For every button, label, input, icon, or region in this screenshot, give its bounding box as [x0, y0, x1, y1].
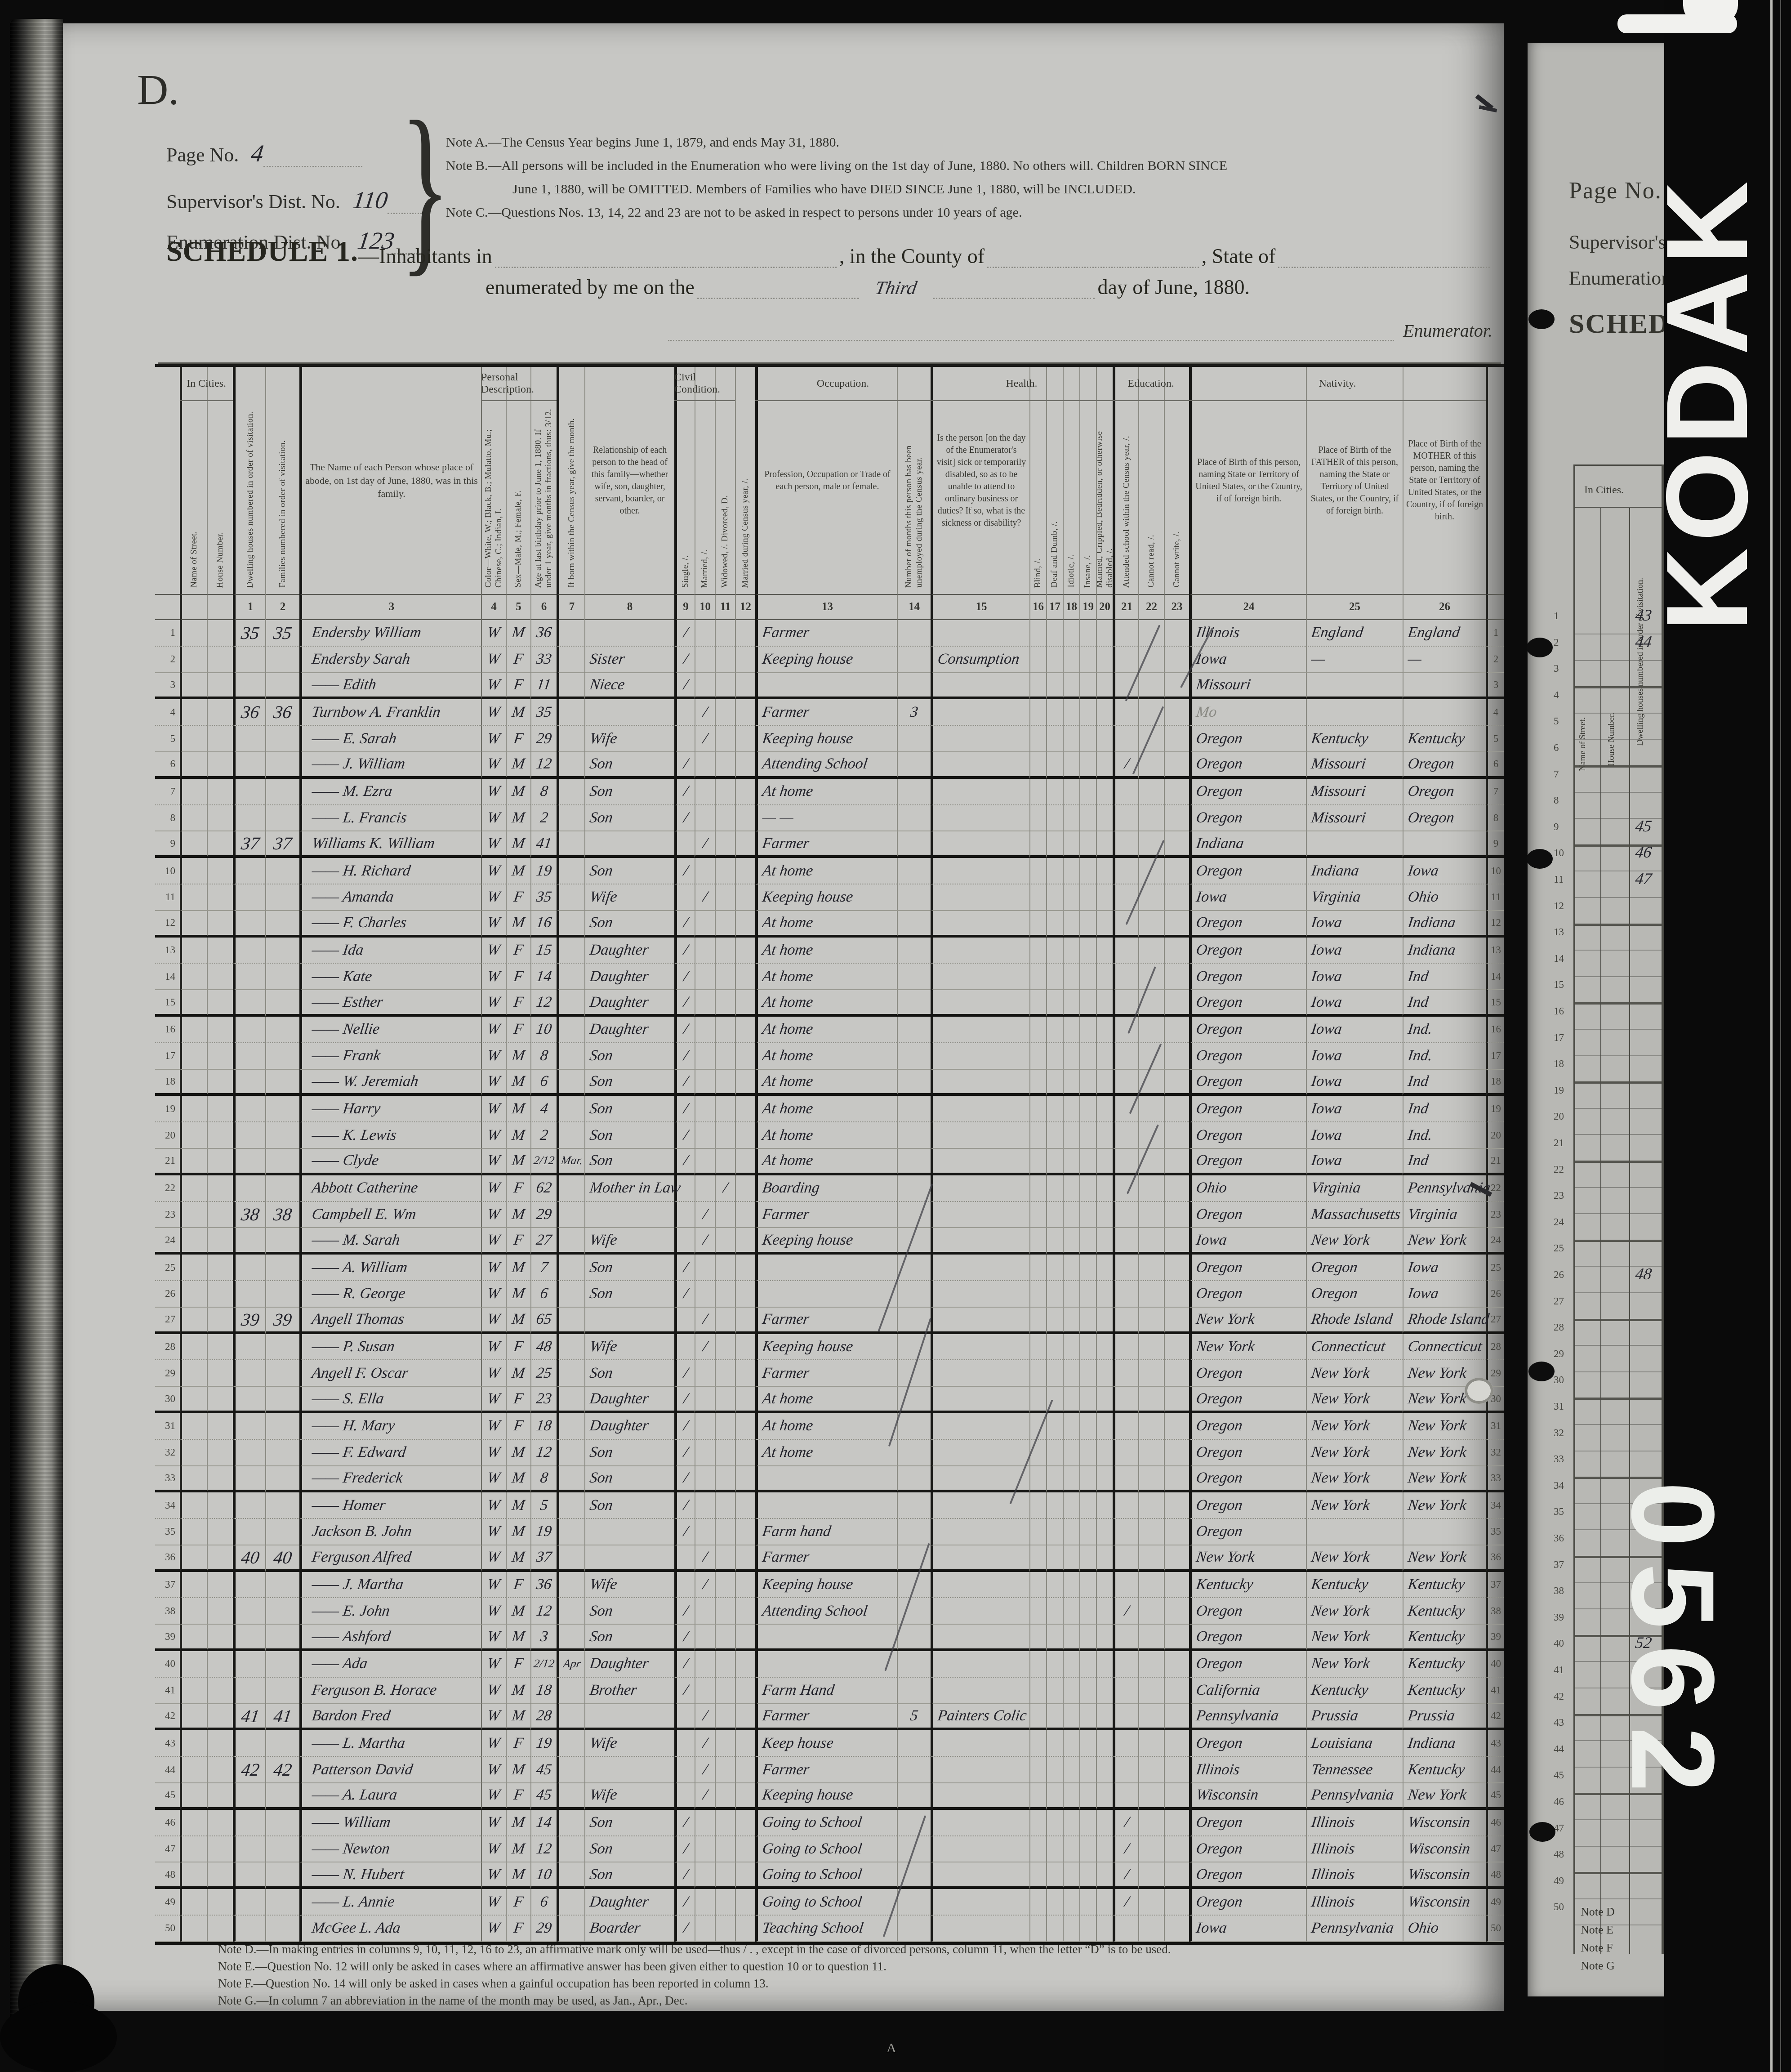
cell-fam — [265, 1360, 299, 1387]
cell-b16 — [1029, 1889, 1046, 1916]
value-s: M — [511, 835, 526, 852]
value-sick: Painters Colic — [936, 1707, 1028, 1724]
cell-my12 — [735, 1070, 755, 1096]
rp-row-number: 22 — [1554, 1164, 1564, 1175]
cell-mo — [557, 1916, 584, 1942]
cell-w11 — [715, 1572, 735, 1599]
cell-name: —— Kate — [299, 964, 481, 990]
cell-b16 — [1029, 858, 1046, 884]
value-rel: Son — [588, 1152, 614, 1169]
cell-un — [897, 1440, 931, 1466]
cell-name: —— Ida — [299, 938, 481, 964]
cell-in19 — [1079, 1440, 1096, 1466]
value-pf: Kentucky — [1310, 1682, 1369, 1699]
cell-my12 — [735, 1730, 755, 1757]
value-fam: 37 — [272, 833, 294, 854]
cell-sc21 — [1113, 673, 1138, 700]
cell-m10 — [695, 1017, 715, 1043]
value-pf: New York — [1310, 1549, 1371, 1566]
cell-i18 — [1063, 1519, 1079, 1545]
cell-rel: Wife — [584, 1334, 674, 1361]
cell-rel: Niece — [584, 673, 674, 700]
cell-w11 — [715, 964, 735, 990]
cell-in19 — [1079, 1334, 1096, 1361]
cell-pob: California — [1189, 1678, 1306, 1704]
value-pm: New York — [1407, 1786, 1467, 1804]
cell-sc21: / — [1113, 1810, 1138, 1836]
cell-mo — [557, 779, 584, 805]
column-number-in19: 19 — [1079, 594, 1096, 620]
cell-dw — [233, 1149, 265, 1175]
cell-b16 — [1029, 1096, 1046, 1122]
cell-b16 — [1029, 911, 1046, 938]
table-row: 7—— M. EzraWM8Son/At homeOregonMissouriO… — [155, 779, 1504, 805]
value-pf: New York — [1310, 1497, 1371, 1514]
cell-s: M — [506, 752, 530, 779]
rp-row-rule — [1573, 1371, 1664, 1372]
cell-sick — [931, 1651, 1029, 1678]
cell-rn: 5 — [1486, 726, 1504, 752]
cell-pm: Wisconsin — [1403, 1836, 1486, 1863]
value-pm: Oregon — [1407, 783, 1455, 800]
rp-row-number: 16 — [1554, 1005, 1564, 1017]
cell-dw — [233, 1334, 265, 1361]
value-a: 29 — [535, 730, 552, 747]
cell-in19 — [1079, 620, 1096, 647]
value-pm: New York — [1407, 1549, 1467, 1566]
cell-my12 — [735, 673, 755, 700]
cell-my12 — [735, 884, 755, 911]
value-a: 6 — [539, 1285, 549, 1302]
rp-row-number: 36 — [1554, 1532, 1564, 1544]
cell-w11 — [715, 1545, 735, 1572]
value-pm: Ohio — [1407, 1920, 1439, 1937]
value-s9: / — [682, 1259, 689, 1276]
blank-line — [495, 264, 837, 268]
cell-s: M — [506, 1862, 530, 1889]
cell-m10 — [695, 1387, 715, 1413]
cell-i18 — [1063, 1387, 1079, 1413]
cell-c: W — [481, 1889, 506, 1916]
cell-house — [207, 1836, 233, 1863]
table-row: 31—— H. MaryWF18Daughter/At homeOregonNe… — [155, 1413, 1504, 1440]
cell-rn: 25 — [1486, 1255, 1504, 1281]
cell-cr22 — [1138, 1625, 1164, 1651]
cell-cr22 — [1138, 1466, 1164, 1493]
value-occ: At home — [761, 862, 814, 880]
cell-rel: Son — [584, 805, 674, 832]
column-label-house: House Number. — [215, 532, 226, 588]
cell-i18 — [1063, 1413, 1079, 1440]
cell-sc21 — [1113, 1916, 1138, 1942]
value-pob: Oregon — [1195, 1444, 1243, 1461]
cell-s9: / — [674, 1810, 695, 1836]
cell-my12 — [735, 779, 755, 805]
column-number-house — [207, 594, 233, 620]
value-a: 8 — [539, 1469, 549, 1487]
cell-sc21: / — [1113, 1889, 1138, 1916]
cell-rel: Mother in Law — [584, 1175, 674, 1202]
cell-mo — [557, 1413, 584, 1440]
cell-fam — [265, 805, 299, 832]
cell-rel: Daughter — [584, 938, 674, 964]
value-c: W — [486, 1840, 502, 1858]
cell-street — [180, 647, 207, 673]
cell-gut: 22 — [155, 1175, 180, 1202]
value-a: 35 — [535, 889, 552, 906]
cell-cr22 — [1138, 726, 1164, 752]
cell-mo — [557, 1757, 584, 1783]
cell-rn: 37 — [1486, 1572, 1504, 1599]
cell-ma20 — [1096, 1017, 1113, 1043]
rp-row-number: 1 — [1554, 610, 1559, 622]
cell-a: 2/12 — [530, 1651, 557, 1678]
cell-c: W — [481, 673, 506, 700]
cell-gut: 6 — [155, 752, 180, 779]
value-a: 48 — [535, 1338, 552, 1355]
cell-a: 6 — [530, 1070, 557, 1096]
cell-pob: Oregon — [1189, 1730, 1306, 1757]
cell-un — [897, 884, 931, 911]
value-s9: / — [682, 1152, 689, 1169]
value-s9: / — [682, 994, 689, 1011]
value-fam: 39 — [272, 1309, 294, 1330]
table-row: 15—— EstherWF12Daughter/At homeOregonIow… — [155, 990, 1504, 1017]
cell-rel: Son — [584, 858, 674, 884]
cell-name: —— F. Charles — [299, 911, 481, 938]
cell-w11 — [715, 726, 735, 752]
value-name: —— Homer — [311, 1497, 387, 1514]
cell-name: —— H. Mary — [299, 1413, 481, 1440]
cell-mo — [557, 1810, 584, 1836]
column-label-in19: Insane, /. — [1083, 555, 1093, 588]
cell-name: —— L. Francis — [299, 805, 481, 832]
cell-s9: / — [674, 1862, 695, 1889]
cell-a: 45 — [530, 1783, 557, 1810]
cell-cw23 — [1164, 1519, 1189, 1545]
cell-rel: Son — [584, 1810, 674, 1836]
table-row: 17—— FrankWM8Son/At homeOregonIowaInd.17 — [155, 1043, 1504, 1070]
cell-rel: Boarder — [584, 1916, 674, 1942]
cell-fam — [265, 1836, 299, 1863]
cell-rel — [584, 699, 674, 726]
cell-occ — [755, 1281, 897, 1308]
cell-occ: Farm hand — [755, 1519, 897, 1545]
cell-sc21: / — [1113, 1862, 1138, 1889]
value-occ: Attending School — [761, 1603, 869, 1620]
cell-sick — [931, 1308, 1029, 1334]
value-rel: Son — [588, 1444, 614, 1461]
cell-cw23 — [1164, 647, 1189, 673]
value-pf: Connecticut — [1310, 1338, 1386, 1355]
value-c: W — [486, 914, 502, 931]
cell-pob: Oregon — [1189, 1651, 1306, 1678]
value-c: W — [486, 1549, 502, 1566]
value-a: 7 — [539, 1259, 549, 1276]
value-pob: Oregon — [1195, 1152, 1243, 1169]
cell-gut: 9 — [155, 831, 180, 858]
value-name: Ferguson Alfred — [311, 1549, 412, 1566]
cell-dw — [233, 726, 265, 752]
cell-s9 — [674, 1757, 695, 1783]
cell-pm: Rhode Island — [1403, 1308, 1486, 1334]
cell-rn: 14 — [1486, 964, 1504, 990]
value-pob: Oregon — [1195, 1655, 1243, 1672]
cell-ma20 — [1096, 884, 1113, 911]
cell-cr22 — [1138, 1916, 1164, 1942]
cell-sick — [931, 1836, 1029, 1863]
cell-fam — [265, 1862, 299, 1889]
rp-row-rule — [1573, 1451, 1664, 1451]
cell-cr22 — [1138, 1387, 1164, 1413]
cell-name: —— William — [299, 1810, 481, 1836]
cell-ma20 — [1096, 1625, 1113, 1651]
rp-row-number: 2 — [1554, 637, 1559, 648]
value-fam: 38 — [272, 1204, 294, 1225]
cell-dw: 42 — [233, 1757, 265, 1783]
column-label-un: Number of months this person has been un… — [904, 408, 925, 588]
cell-occ: At home — [755, 964, 897, 990]
cell-dw — [233, 752, 265, 779]
cell-pob: Indiana — [1189, 831, 1306, 858]
cell-pob: Oregon — [1189, 1360, 1306, 1387]
cell-pob: Oregon — [1189, 1387, 1306, 1413]
value-c: W — [486, 1232, 502, 1249]
table-row: 26—— R. GeorgeWM6Son/OregonOregonIowa26 — [155, 1281, 1504, 1308]
cell-mo — [557, 1308, 584, 1334]
cell-cw23 — [1164, 964, 1189, 990]
cell-s: M — [506, 779, 530, 805]
cell-i18 — [1063, 1625, 1079, 1651]
cell-a: 28 — [530, 1704, 557, 1731]
cell-sick — [931, 1492, 1029, 1519]
cell-sc21 — [1113, 1757, 1138, 1783]
cell-fam — [265, 1334, 299, 1361]
cell-a: 12 — [530, 1836, 557, 1863]
cell-dw — [233, 1916, 265, 1942]
cell-cw23 — [1164, 1122, 1189, 1149]
cell-house — [207, 1757, 233, 1783]
note-f-bottom: Note F.—Question No. 14 will only be ask… — [218, 1977, 769, 1991]
cell-mo — [557, 1175, 584, 1202]
cell-a: 12 — [530, 1440, 557, 1466]
cell-occ: At home — [755, 858, 897, 884]
cell-house — [207, 1175, 233, 1202]
value-pm: Iowa — [1407, 1285, 1439, 1302]
cell-gut: 32 — [155, 1440, 180, 1466]
value-s9: / — [682, 1866, 689, 1883]
cell-name: Jackson B. John — [299, 1519, 481, 1545]
cell-c: W — [481, 1783, 506, 1810]
value-pob: Oregon — [1195, 1206, 1243, 1223]
column-label-fam: Families numbered in order of visitation… — [278, 440, 288, 588]
cell-s9 — [674, 726, 695, 752]
value-m10: / — [702, 1206, 708, 1223]
value-occ: At home — [761, 1047, 814, 1064]
cell-w11 — [715, 1440, 735, 1466]
blank-line — [1278, 264, 1490, 268]
cell-occ — [755, 1651, 897, 1678]
group-header-occupation: Occupation. — [755, 367, 931, 401]
cell-c: W — [481, 726, 506, 752]
column-number-cr22: 22 — [1138, 594, 1164, 620]
cell-w11 — [715, 752, 735, 779]
cell-pob: Oregon — [1189, 1466, 1306, 1493]
table-row: 28—— P. SusanWF48Wife/Keeping houseNew Y… — [155, 1334, 1504, 1361]
cell-house — [207, 647, 233, 673]
cell-un — [897, 911, 931, 938]
cell-cw23 — [1164, 1175, 1189, 1202]
cell-pob: Illinois — [1189, 620, 1306, 647]
cell-w11 — [715, 1070, 735, 1096]
rp-row-rule — [1573, 1846, 1664, 1847]
cell-w11 — [715, 673, 735, 700]
cell-dw — [233, 1255, 265, 1281]
column-label-dw: Dwelling houses numbered in order of vis… — [245, 411, 256, 588]
cell-pf: Virginia — [1306, 884, 1403, 911]
rp-row-rule — [1573, 1345, 1664, 1346]
value-rel: Mother in Law — [588, 1179, 682, 1197]
cell-my12 — [735, 1175, 755, 1202]
value-rel: Wife — [588, 1338, 618, 1355]
cell-name: —— E. John — [299, 1598, 481, 1625]
cell-my12 — [735, 1519, 755, 1545]
value-c: W — [486, 1338, 502, 1355]
column-number-ma20: 20 — [1096, 594, 1113, 620]
cell-b16 — [1029, 1598, 1046, 1625]
column-label-w11: Widowed, /. Divorced, D. — [720, 495, 731, 588]
cell-cw23 — [1164, 1308, 1189, 1334]
cell-ma20 — [1096, 938, 1113, 964]
cell-occ: At home — [755, 1070, 897, 1096]
value-pm: Ohio — [1407, 889, 1439, 906]
cell-rn: 44 — [1486, 1757, 1504, 1783]
value-fam: 40 — [272, 1547, 294, 1568]
cell-i18 — [1063, 1202, 1079, 1228]
cell-in19 — [1079, 1545, 1096, 1572]
value-pob: Oregon — [1195, 1497, 1243, 1514]
value-s: F — [512, 1338, 524, 1355]
cell-fam: 36 — [265, 699, 299, 726]
value-pm: Kentucky — [1407, 1603, 1466, 1620]
cell-gut: 20 — [155, 1122, 180, 1149]
value-name: Williams K. William — [311, 835, 436, 852]
cell-d17 — [1046, 1360, 1063, 1387]
cell-ma20 — [1096, 1757, 1113, 1783]
cell-ma20 — [1096, 1545, 1113, 1572]
column-label-cw23: Cannot write, /. — [1172, 531, 1182, 588]
value-s: F — [512, 994, 524, 1011]
cell-cw23 — [1164, 1387, 1189, 1413]
cell-un — [897, 1651, 931, 1678]
cell-gut: 15 — [155, 990, 180, 1017]
cell-a: 16 — [530, 911, 557, 938]
cell-name: —— E. Sarah — [299, 726, 481, 752]
cell-rn: 45 — [1486, 1783, 1504, 1810]
value-occ: Going to School — [761, 1866, 863, 1883]
cell-sick — [931, 964, 1029, 990]
rp-row-rule — [1573, 1240, 1664, 1242]
value-a: 14 — [535, 1814, 552, 1831]
cell-ma20 — [1096, 1519, 1113, 1545]
punch-hole — [1529, 1822, 1555, 1842]
cell-un — [897, 938, 931, 964]
cell-b16 — [1029, 1651, 1046, 1678]
cell-occ — [755, 1255, 897, 1281]
cell-occ: At home — [755, 1387, 897, 1413]
value-m10: / — [702, 1338, 708, 1355]
cell-cr22 — [1138, 673, 1164, 700]
cell-street — [180, 1308, 207, 1334]
cell-c: W — [481, 1730, 506, 1757]
value-m10: / — [702, 1549, 708, 1566]
cell-mo — [557, 673, 584, 700]
value-c: W — [486, 1893, 502, 1911]
value-occ: At home — [761, 1417, 814, 1434]
cell-street — [180, 1572, 207, 1599]
cell-fam — [265, 1519, 299, 1545]
cell-fam — [265, 858, 299, 884]
value-dw: 42 — [240, 1759, 261, 1780]
cell-c: W — [481, 831, 506, 858]
cell-dw — [233, 858, 265, 884]
value-pf: England — [1310, 624, 1364, 641]
cell-m10: / — [695, 1730, 715, 1757]
cell-gut: 8 — [155, 805, 180, 832]
cell-house — [207, 990, 233, 1017]
value-a: 2/12 — [533, 1154, 555, 1167]
cell-dw: 41 — [233, 1704, 265, 1731]
cell-dw — [233, 1122, 265, 1149]
cell-sick — [931, 1202, 1029, 1228]
form-series-letter: D. — [137, 65, 179, 115]
cell-i18 — [1063, 1334, 1079, 1361]
cell-i18 — [1063, 938, 1079, 964]
cell-in19 — [1079, 1678, 1096, 1704]
value-occ: Farmer — [761, 704, 810, 721]
cell-un — [897, 1757, 931, 1783]
table-row: 16—— NellieWF10Daughter/At homeOregonIow… — [155, 1017, 1504, 1043]
value-m10: / — [702, 1786, 708, 1804]
cell-gut: 46 — [155, 1810, 180, 1836]
cell-m10 — [695, 1625, 715, 1651]
cell-cw23 — [1164, 884, 1189, 911]
value-occ: At home — [761, 1100, 814, 1117]
rp-dwelling-number: 48 — [1634, 1264, 1653, 1283]
cell-cw23 — [1164, 938, 1189, 964]
cell-cr22 — [1138, 1545, 1164, 1572]
note-b-line2: June 1, 1880, will be OMITTED. Members o… — [512, 182, 1136, 197]
cell-pob: New York — [1189, 1545, 1306, 1572]
cell-pm: New York — [1403, 1492, 1486, 1519]
cell-un — [897, 1096, 931, 1122]
cell-d17 — [1046, 1678, 1063, 1704]
cell-pf — [1306, 831, 1403, 858]
cell-pob: Mo — [1189, 699, 1306, 726]
cell-fam — [265, 964, 299, 990]
cell-i18 — [1063, 673, 1079, 700]
cell-s9: / — [674, 1360, 695, 1387]
cell-in19 — [1079, 1519, 1096, 1545]
cell-gut: 7 — [155, 779, 180, 805]
value-occ: At home — [761, 783, 814, 800]
cell-occ: Keeping house — [755, 1572, 897, 1599]
cell-s: M — [506, 1492, 530, 1519]
supervisor-district-field: Supervisor's Dist. No.110 — [166, 186, 428, 214]
film-frame-number: 0562 — [1605, 1482, 1741, 1809]
cell-rel: Wife — [584, 1783, 674, 1810]
table-row: 45—— A. LauraWF45Wife/Keeping houseWisco… — [155, 1783, 1504, 1810]
